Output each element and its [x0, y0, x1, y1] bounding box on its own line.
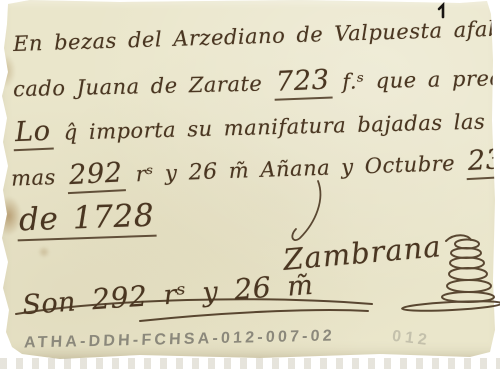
archive-reference-code: ATHA-DDH-FCHSA-012-007-02: [24, 327, 336, 352]
line-2-text: f.ˢ que a precio de: [342, 65, 500, 94]
manuscript-line-5-year: de 1728: [17, 199, 157, 240]
total-line: Son 292 rˢ y 26 m̃: [21, 268, 314, 321]
amount-26: 26: [188, 159, 218, 185]
line-1-text: En bezas del Arzediano de Valpuesta afab…: [13, 16, 500, 56]
total-text: rˢ y: [162, 277, 219, 312]
manuscript-paper: En bezas del Arzediano de Valpuesta afab…: [0, 0, 500, 362]
total-text: Son: [21, 286, 77, 321]
line-4-text: rˢ y: [135, 161, 177, 186]
scanned-document-page: { "colors": { "paper": "#eae6cb", "ink":…: [0, 0, 500, 369]
amount-292: 292: [66, 157, 125, 194]
underlined-word: Lo: [12, 116, 53, 152]
amount-723: 723: [273, 65, 332, 101]
total-amount-292: 292: [91, 279, 149, 316]
total-text: m̃: [286, 270, 314, 303]
manuscript-line-1: En bezas del Arzediano de Valpuesta afab…: [13, 16, 500, 56]
paper-stain: [38, 246, 50, 258]
line-2-text: cado Juana de Zarate: [13, 72, 263, 102]
manuscript-line-2: cado Juana de Zarate 723 f.ˢ que a preci…: [13, 60, 500, 106]
line-4-text: mas: [11, 165, 57, 191]
manuscript-line-3: Lo q̂ importa su manifatura bajadas las …: [13, 103, 500, 151]
scanner-edge-strip: [0, 358, 500, 369]
day-23: 23: [465, 144, 500, 180]
manuscript-line-4: mas 292 rˢ y 26 m̃ Añana y Octubre 23: [11, 144, 500, 195]
line-4-text: m̃ Añana y Octubre: [228, 151, 455, 183]
year-1728: de 1728: [16, 198, 156, 242]
line-3-text: q̂ importa su manifatura bajadas las mez: [64, 108, 500, 144]
total-amount-26: 26: [233, 271, 272, 307]
ghost-pencil-text: 012: [391, 328, 432, 351]
